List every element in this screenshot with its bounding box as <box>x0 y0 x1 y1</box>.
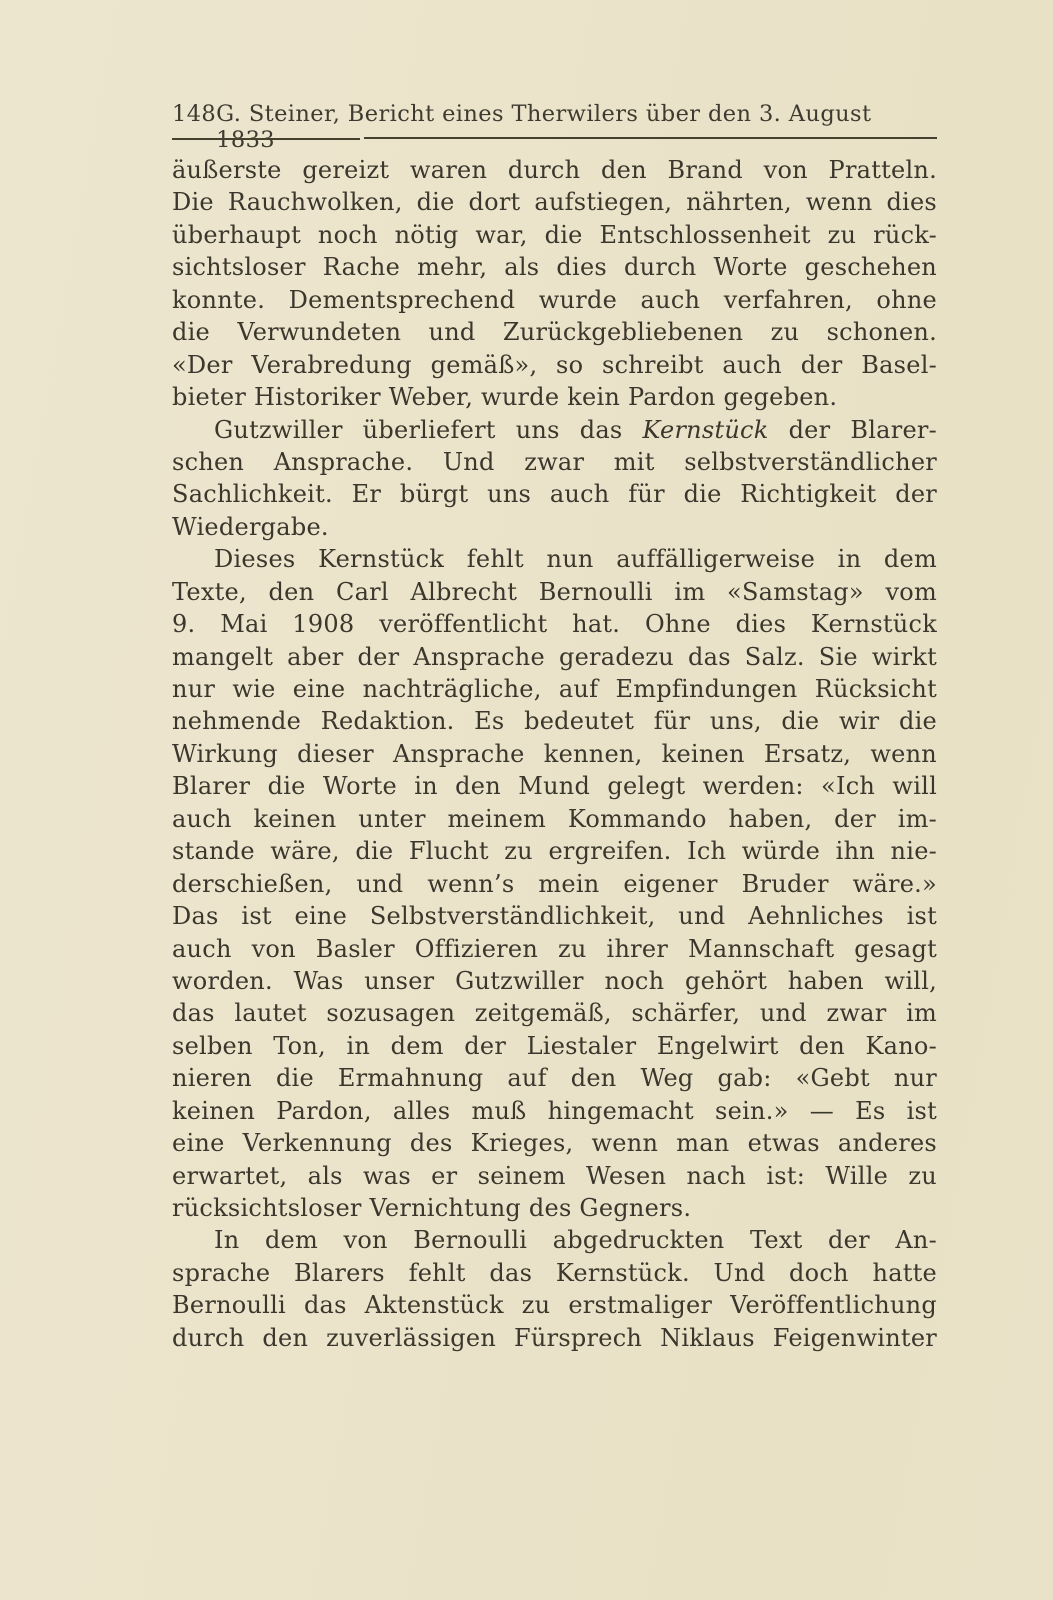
text-segment: Blarer die Worte in den Mund gelegt werd… <box>172 772 937 800</box>
running-title: G. Steiner, Bericht eines Therwilers übe… <box>216 101 937 153</box>
text-segment: die Verwundeten und Zurückgebliebenen zu… <box>172 318 937 346</box>
text-line: äußerste gereizt waren durch den Brand v… <box>172 154 937 186</box>
text-segment: derschießen, und wenn’s mein eigener Bru… <box>172 870 937 898</box>
text-segment: «Der Verabredung gemäß», so schreibt auc… <box>172 351 937 379</box>
paragraph: Dieses Kernstück fehlt nun auffälligerwe… <box>172 543 937 1224</box>
text-line: selben Ton, in dem der Liestaler Engelwi… <box>172 1030 937 1062</box>
text-line: «Der Verabredung gemäß», so schreibt auc… <box>172 349 937 381</box>
text-line: nehmende Redaktion. Es bedeutet für uns,… <box>172 705 937 737</box>
text-segment: rücksichtsloser Vernichtung des Gegners. <box>172 1194 691 1222</box>
text-segment: überhaupt noch nötig war, die Entschloss… <box>172 221 937 249</box>
text-segment: 9. Mai 1908 veröffentlicht hat. Ohne die… <box>172 610 937 638</box>
text-line: derschießen, und wenn’s mein eigener Bru… <box>172 868 937 900</box>
header-rule-left-segment <box>172 138 360 140</box>
text-line: erwartet, als was er seinem Wesen nach i… <box>172 1160 937 1192</box>
text-line: Gutzwiller überliefert uns das Kernstück… <box>172 414 937 446</box>
text-segment: nur wie eine nachträgliche, auf Empfindu… <box>172 675 937 703</box>
body-text-block: äußerste gereizt waren durch den Brand v… <box>172 154 937 1354</box>
text-segment: schen Ansprache. Und zwar mit selbstvers… <box>172 448 937 476</box>
text-segment: durch den zuverlässigen Fürsprech Niklau… <box>172 1324 937 1352</box>
text-segment: worden. Was unser Gutzwiller noch gehört… <box>172 967 937 995</box>
text-line: nieren die Ermahnung auf den Weg gab: «G… <box>172 1062 937 1094</box>
text-line: nur wie eine nachträgliche, auf Empfindu… <box>172 673 937 705</box>
text-segment: Bernoulli das Aktenstück zu erstmaliger … <box>172 1291 937 1319</box>
text-line: schen Ansprache. Und zwar mit selbstvers… <box>172 446 937 478</box>
text-line: Bernoulli das Aktenstück zu erstmaliger … <box>172 1289 937 1321</box>
text-segment: stande wäre, die Flucht zu ergreifen. Ic… <box>172 837 937 865</box>
text-segment: eine Verkennung des Krieges, wenn man et… <box>172 1129 937 1157</box>
text-line: bieter Historiker Weber, wurde kein Pard… <box>172 381 937 413</box>
text-line: die Verwundeten und Zurückgebliebenen zu… <box>172 316 937 348</box>
text-line: mangelt aber der Ansprache geradezu das … <box>172 641 937 673</box>
text-segment: keinen Pardon, alles muß hingemacht sein… <box>172 1097 937 1125</box>
text-line: konnte. Dementsprechend wurde auch verfa… <box>172 284 937 316</box>
text-line: stande wäre, die Flucht zu ergreifen. Ic… <box>172 835 937 867</box>
text-line: durch den zuverlässigen Fürsprech Niklau… <box>172 1322 937 1354</box>
text-line: Wirkung dieser Ansprache kennen, keinen … <box>172 738 937 770</box>
text-line: Dieses Kernstück fehlt nun auffälligerwe… <box>172 543 937 575</box>
text-segment: sichtsloser Rache mehr, als dies durch W… <box>172 253 937 281</box>
text-line: sprache Blarers fehlt das Kernstück. Und… <box>172 1257 937 1289</box>
text-segment: nieren die Ermahnung auf den Weg gab: «G… <box>172 1064 937 1092</box>
text-line: sichtsloser Rache mehr, als dies durch W… <box>172 251 937 283</box>
text-line: worden. Was unser Gutzwiller noch gehört… <box>172 965 937 997</box>
text-segment: Texte, den Carl Albrecht Bernoulli im «S… <box>172 578 937 606</box>
text-line: Sachlichkeit. Er bürgt uns auch für die … <box>172 478 937 510</box>
paragraph: äußerste gereizt waren durch den Brand v… <box>172 154 937 414</box>
text-line: In dem von Bernoulli abgedruckten Text d… <box>172 1224 937 1256</box>
text-line: rücksichtsloser Vernichtung des Gegners. <box>172 1192 937 1224</box>
text-line: das lautet sozusagen zeitgemäß, schärfer… <box>172 997 937 1029</box>
text-line: auch von Basler Offizieren zu ihrer Mann… <box>172 933 937 965</box>
text-segment: äußerste gereizt waren durch den Brand v… <box>172 156 937 184</box>
header-rule-right-segment <box>364 137 937 139</box>
text-line: überhaupt noch nötig war, die Entschloss… <box>172 219 937 251</box>
header-rule <box>172 137 937 140</box>
text-segment: Wirkung dieser Ansprache kennen, keinen … <box>172 740 937 768</box>
page-number: 148 <box>172 101 216 127</box>
text-segment: Gutzwiller überliefert uns das <box>214 416 642 444</box>
text-line: Texte, den Carl Albrecht Bernoulli im «S… <box>172 576 937 608</box>
text-segment: Wiedergabe. <box>172 513 329 541</box>
text-segment: das lautet sozusagen zeitgemäß, schärfer… <box>172 999 937 1027</box>
paragraph: Gutzwiller überliefert uns das Kernstück… <box>172 414 937 544</box>
text-line: 9. Mai 1908 veröffentlicht hat. Ohne die… <box>172 608 937 640</box>
text-segment: sprache Blarers fehlt das Kernstück. Und… <box>172 1259 937 1287</box>
text-segment: auch von Basler Offizieren zu ihrer Mann… <box>172 935 937 963</box>
text-segment: Kernstück <box>642 416 768 444</box>
text-line: Die Rauchwolken, die dort aufstiegen, nä… <box>172 186 937 218</box>
paragraph: In dem von Bernoulli abgedruckten Text d… <box>172 1224 937 1354</box>
text-segment: Das ist eine Selbstverständlichkeit, und… <box>172 902 937 930</box>
text-segment: nehmende Redaktion. Es bedeutet für uns,… <box>172 707 937 735</box>
text-segment: erwartet, als was er seinem Wesen nach i… <box>172 1162 937 1190</box>
text-segment: Die Rauchwolken, die dort aufstiegen, nä… <box>172 188 937 216</box>
text-segment: mangelt aber der Ansprache geradezu das … <box>172 643 937 671</box>
text-line: keinen Pardon, alles muß hingemacht sein… <box>172 1095 937 1127</box>
running-header: 148 G. Steiner, Bericht eines Therwilers… <box>172 101 937 153</box>
text-segment: bieter Historiker Weber, wurde kein Pard… <box>172 383 837 411</box>
text-line: Blarer die Worte in den Mund gelegt werd… <box>172 770 937 802</box>
text-segment: der Blarer- <box>769 416 937 444</box>
text-segment: Dieses Kernstück fehlt nun auffälligerwe… <box>214 545 937 573</box>
text-segment: selben Ton, in dem der Liestaler Engelwi… <box>172 1032 937 1060</box>
scanned-book-page: 148 G. Steiner, Bericht eines Therwilers… <box>0 0 1053 1600</box>
text-segment: Sachlichkeit. Er bürgt uns auch für die … <box>172 480 937 508</box>
text-segment: In dem von Bernoulli abgedruckten Text d… <box>214 1226 937 1254</box>
text-segment: konnte. Dementsprechend wurde auch verfa… <box>172 286 937 314</box>
text-line: Wiedergabe. <box>172 511 937 543</box>
text-line: auch keinen unter meinem Kommando haben,… <box>172 803 937 835</box>
text-line: eine Verkennung des Krieges, wenn man et… <box>172 1127 937 1159</box>
text-line: Das ist eine Selbstverständlichkeit, und… <box>172 900 937 932</box>
text-segment: auch keinen unter meinem Kommando haben,… <box>172 805 937 833</box>
